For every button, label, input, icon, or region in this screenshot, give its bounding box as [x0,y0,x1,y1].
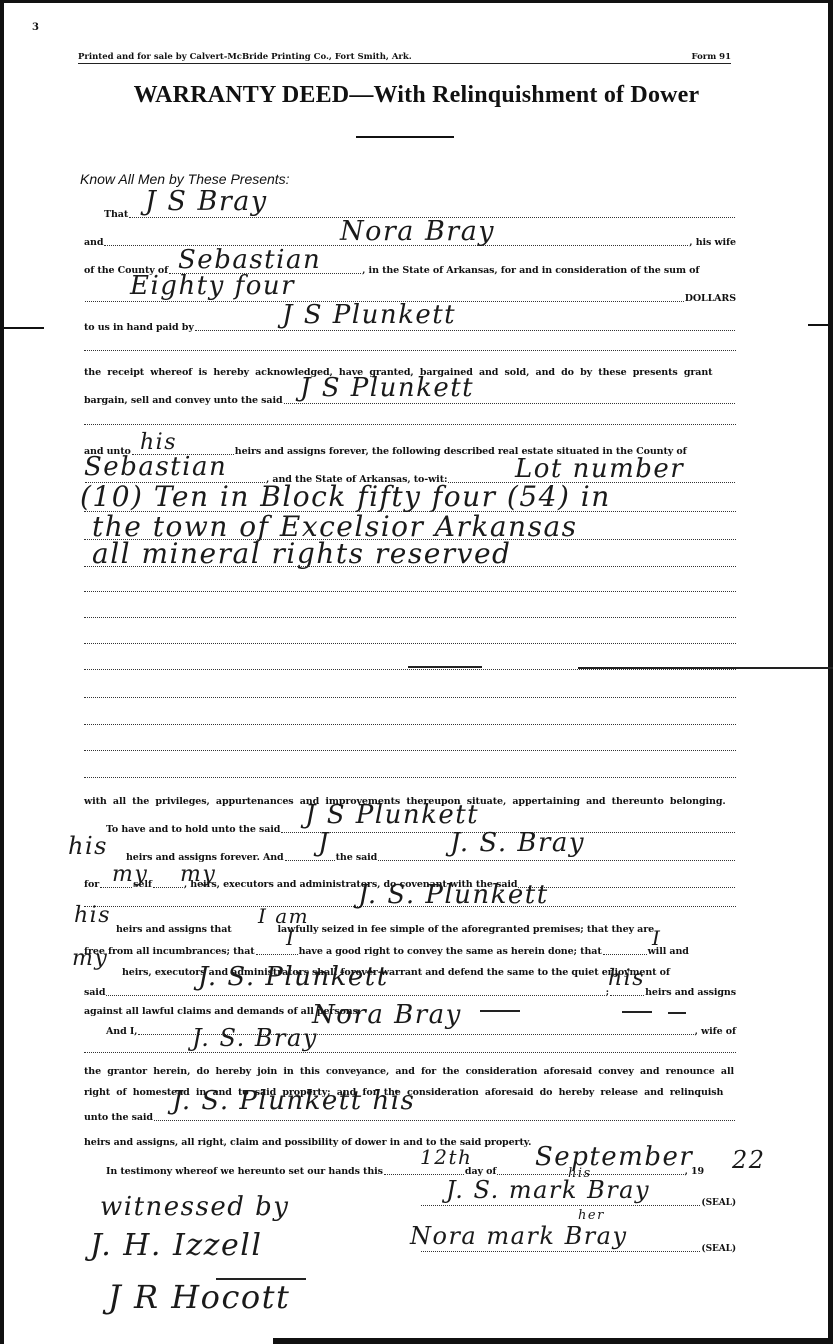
incumbrances-row: free from all incumbrances; that have a … [84,940,736,958]
unto-said-field[interactable] [154,1119,735,1121]
printer-header: Printed and for sale by Calvert-McBride … [78,52,731,64]
hw-legal-4: all mineral rights reserved [92,537,511,570]
legal-line[interactable] [84,669,736,670]
legal-line[interactable] [84,617,736,618]
hw-his3: his [74,903,111,928]
covenant-with-field[interactable] [518,886,735,888]
hw-her-mark-label: her [578,1208,605,1223]
document-title: WARRANTY DEED—With Relinquishment of Dow… [0,82,833,109]
legal-line[interactable] [84,750,736,751]
that-i-field[interactable] [256,953,298,955]
stray-mark [480,1010,520,1012]
that-i2-field[interactable] [603,953,647,955]
stray-mark [622,1011,652,1013]
legal-line[interactable] [84,724,736,725]
title-rule [356,136,454,138]
hw-county2: Sebastian [84,452,227,482]
his4-field[interactable] [610,994,644,996]
hw-i-am: I am [258,904,309,928]
hw-sum: Eighty four [130,271,295,301]
legal-line[interactable] [84,591,736,592]
hw-self-my: my [180,862,216,887]
signature-line-1[interactable] [421,1204,700,1206]
hw-witness-2: J R Hocott [108,1278,290,1316]
hw-day: 12th [420,1145,472,1169]
binding-mark-right [808,324,828,326]
hw-legal-2: (10) Ten in Block fifty four (54) in [80,480,611,513]
paid-by-field[interactable] [195,329,735,331]
legal-line[interactable] [84,697,736,698]
his-field[interactable] [85,860,125,861]
hw-that-i: I [286,926,295,950]
day-field[interactable] [384,1173,464,1175]
hw-and-i: J [318,828,330,858]
said-grantee-field[interactable] [106,994,604,996]
hw-his4: his [608,966,645,991]
hw-witnessed-by: witnessed by [100,1192,289,1222]
hw-my: my [72,946,108,971]
hw-signature-1: J. S. mark Bray [446,1176,650,1204]
hw-paid-by: J S Plunkett [282,300,456,330]
preamble: Know All Men by These Presents: [80,171,290,187]
wife-of-line[interactable] [84,1052,736,1053]
hw-to-have: J S Plunkett [305,800,479,830]
printer-credit: Printed and for sale by Calvert-McBride … [78,52,412,62]
witness-underline [216,1278,306,1280]
i-am-field[interactable] [233,932,277,933]
hw-wife-of: J. S. Bray [192,1024,318,1052]
hw-that-i2: I [652,926,661,950]
hw-unto-said: J. S. Plunkett his [172,1086,415,1116]
signature-line-2[interactable] [421,1250,700,1252]
and-i-field[interactable] [285,859,335,861]
hw-said-grantor: J. S. Bray [450,828,585,858]
seized-row: heirs and assigns that lawfully seized i… [84,918,736,936]
hw-month: September [535,1142,693,1172]
stray-mark [578,667,833,669]
page-border-top [0,0,833,3]
hw-covenant-with: J. S. Plunkett [358,880,549,910]
hw-year: 22 [732,1146,766,1174]
hw-grantee: J S Plunkett [300,373,474,403]
hw-said-grantee: J. S. Plunkett [198,962,389,992]
said-grantor-field[interactable] [378,859,735,861]
hw-his2: his [68,832,108,860]
hw-witness-1: J. H. Izzell [90,1228,262,1263]
legal-line[interactable] [84,777,736,778]
hw-grantor: J S Bray [145,186,268,217]
page-corner-mark: 3 [32,22,39,33]
stray-mark [408,666,482,668]
page-border-right [828,0,833,1344]
binding-mark-left [4,327,44,329]
hw-for-my: my [112,862,148,887]
hw-wife: Nora Bray [340,216,495,247]
form-number: Form 91 [692,52,732,62]
year-field[interactable] [705,1174,735,1175]
blank-line [84,424,736,425]
hw-signature-2: Nora mark Bray [410,1222,628,1250]
page-border-bottom [273,1338,833,1344]
page-border-left [0,0,4,1344]
grantor-herein-row: the grantor herein, do hereby join in th… [84,1060,736,1078]
hw-and-i-name: Nora Bray [312,1000,462,1030]
my-field[interactable] [85,975,121,976]
blank-line [84,350,736,351]
legal-line[interactable] [84,643,736,644]
stray-mark [668,1012,686,1014]
self-field[interactable] [153,886,183,888]
